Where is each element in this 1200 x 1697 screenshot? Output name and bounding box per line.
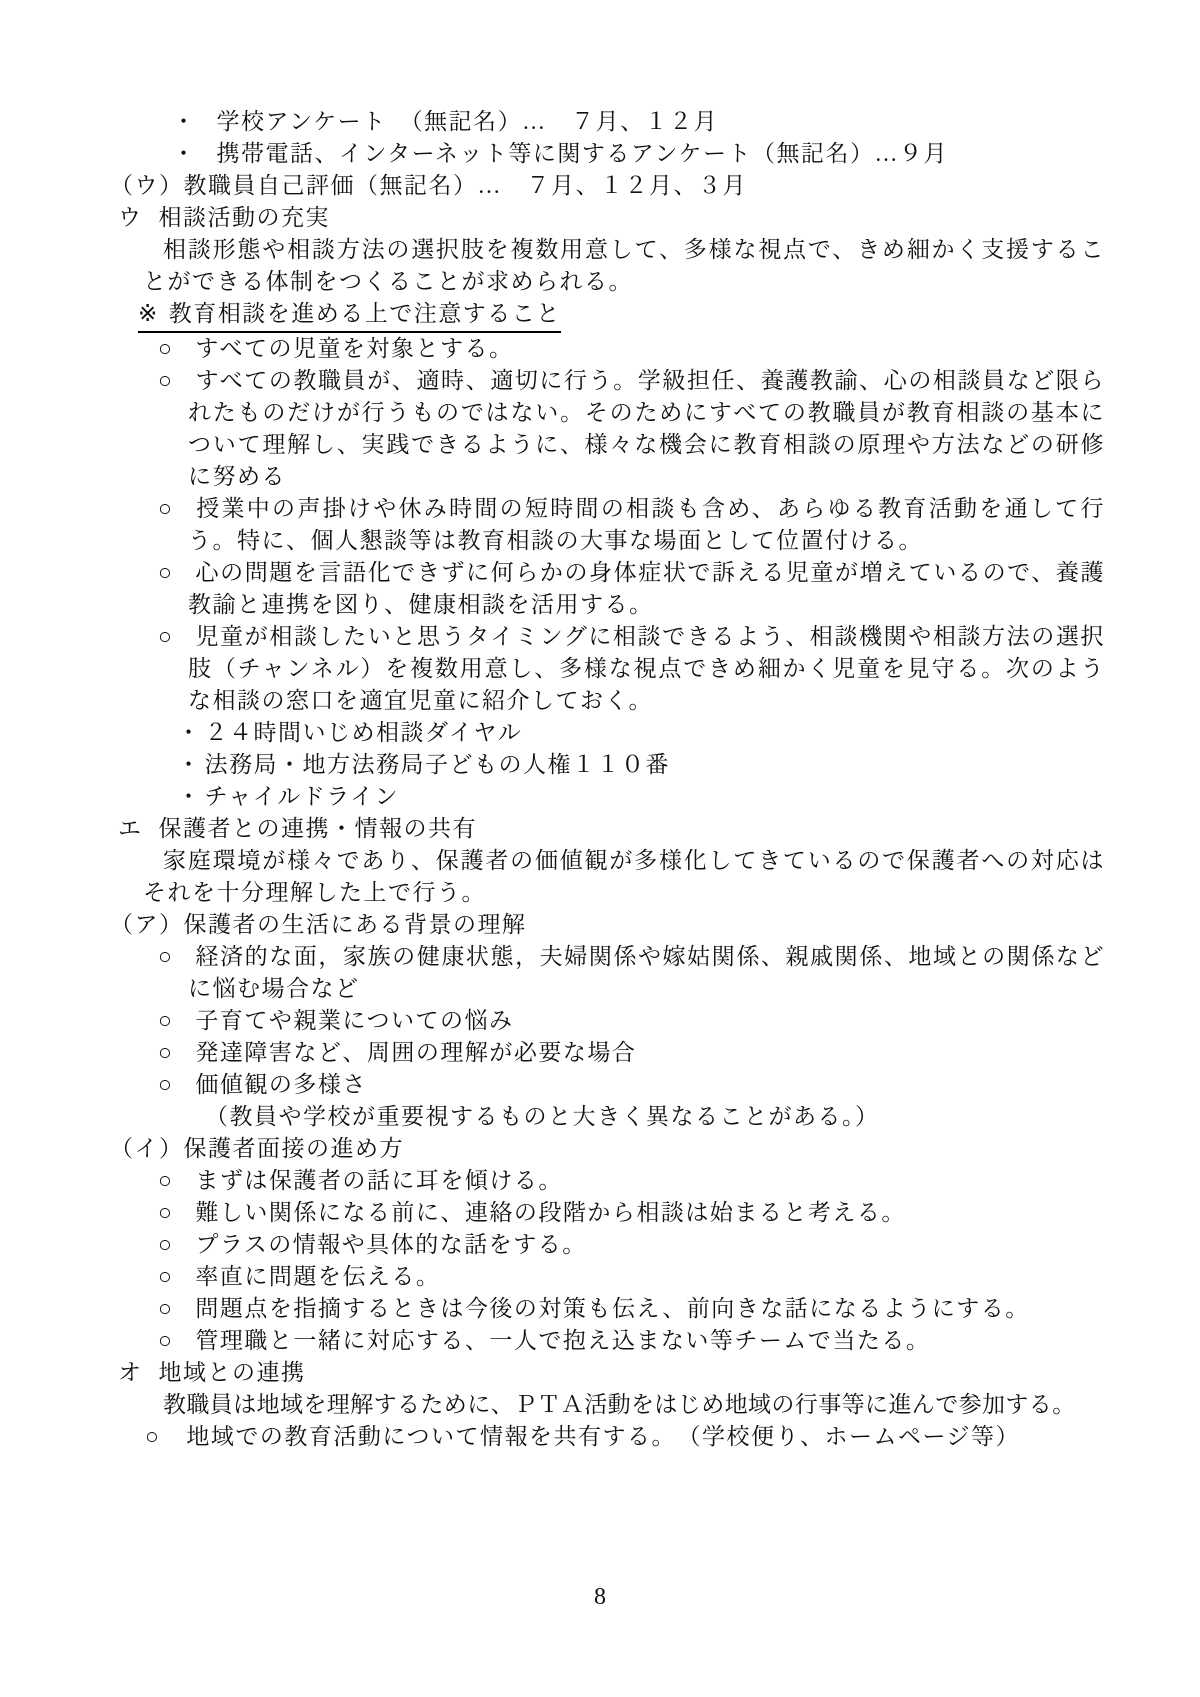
point-item: ○すべての教職員が、適時、適切に行う。学級担任、養護教諭、心の相談員など限られた…	[97, 365, 1105, 493]
survey-bullet-text: 学校アンケート （無記名）… ７月、１２月	[217, 109, 719, 134]
document-page: ・学校アンケート （無記名）… ７月、１２月 ・携帯電話、インターネット等に関す…	[0, 0, 1200, 1697]
point-item: ○管理職と一緒に対応する、一人で抱え込まない等チームで当たる。	[97, 1325, 1105, 1357]
circle-bullet-marker: ○	[158, 1328, 173, 1353]
section-e-title: 保護者との連携・情報の共有	[159, 816, 478, 841]
note-line: ※教育相談を進める上で注意すること	[97, 298, 1105, 333]
circle-bullet-marker: ○	[158, 1072, 173, 1097]
point-text: 率直に問題を伝える。	[195, 1264, 440, 1289]
point-text: 子育てや親業についての悩み	[195, 1008, 513, 1033]
point-item: ○価値観の多様さ	[97, 1069, 1105, 1101]
underlined-note: ※教育相談を進める上で注意すること	[138, 298, 561, 333]
section-u-label: ウ	[118, 205, 143, 230]
point-text: プラスの情報や具体的な話をする。	[195, 1232, 586, 1257]
point-item: ○子育てや親業についての悩み	[97, 1005, 1105, 1037]
sub-a-title: 保護者の生活にある背景の理解	[184, 912, 527, 937]
survey-bullet-text: 携帯電話、インターネット等に関するアンケート（無記名）…９月	[217, 141, 949, 166]
section-u-intro: 相談形態や相談方法の選択肢を複数用意して、多様な視点で、きめ細かく支援することが…	[143, 234, 1105, 298]
point-text: 心の問題を言語化できずに何らかの身体症状で訴える児童が増えているので、養護教諭と…	[188, 560, 1105, 617]
circle-bullet-marker: ○	[158, 1232, 173, 1257]
section-o-label: オ	[118, 1360, 143, 1385]
point-text: 管理職と一緒に対応する、一人で抱え込まない等チームで当たる。	[195, 1328, 930, 1353]
section-u-heading: ウ相談活動の充実	[97, 202, 1105, 234]
section-o-intro: 教職員は地域を理解するために、ＰＴＡ活動をはじめ地域の行事等に進んで参加する。	[143, 1389, 1105, 1421]
circle-bullet-marker: ○	[158, 944, 173, 969]
point-text: 授業中の声掛けや休み時間の短時間の相談も含め、あらゆる教育活動を通して行う。特に…	[188, 496, 1105, 553]
point-text: 発達障害など、周囲の理解が必要な場合	[195, 1040, 636, 1065]
circle-bullet-marker: ○	[158, 496, 174, 521]
reference-mark-icon: ※	[138, 301, 159, 326]
point-item: ○地域での教育活動について情報を共有する。 （学校便り、ホームページ等）	[97, 1421, 1105, 1453]
bullet-dot-marker: ・	[177, 752, 202, 777]
page-number: 8	[0, 1581, 1200, 1613]
circle-bullet-marker: ○	[145, 1424, 160, 1449]
section-o-title: 地域との連携	[159, 1360, 306, 1385]
circle-bullet-marker: ○	[158, 560, 174, 585]
circle-bullet-marker: ○	[158, 624, 174, 649]
sub-i-label: （イ）	[110, 1136, 184, 1161]
survey-bullet-item: ・携帯電話、インターネット等に関するアンケート（無記名）…９月	[97, 138, 1105, 170]
point-item: ○授業中の声掛けや休み時間の短時間の相談も含め、あらゆる教育活動を通して行う。特…	[97, 493, 1105, 557]
point-item: ○プラスの情報や具体的な話をする。	[97, 1229, 1105, 1261]
circle-bullet-marker: ○	[158, 1168, 173, 1193]
hotline-item: ・法務局・地方法務局子どもの人権１１０番	[97, 749, 1105, 781]
circle-bullet-marker: ○	[158, 1264, 173, 1289]
hotline-item: ・２４時間いじめ相談ダイヤル	[97, 717, 1105, 749]
note-text: 教育相談を進める上で注意すること	[169, 301, 561, 326]
point-text: 問題点を指摘するときは今後の対策も伝え、前向きな話になるようにする。	[195, 1296, 1029, 1321]
sub-i-heading: （イ）保護者面接の進め方	[97, 1133, 1105, 1165]
point-text: すべての児童を対象とする。	[195, 336, 513, 361]
point-text: まずは保護者の話に耳を傾ける。	[195, 1168, 563, 1193]
hotline-text: チャイルドライン	[205, 784, 400, 809]
point-text: すべての教職員が、適時、適切に行う。学級担任、養護教諭、心の相談員など限られたも…	[188, 368, 1105, 489]
bullet-dot-marker: ・	[177, 720, 202, 745]
section-u-title: 相談活動の充実	[159, 205, 331, 230]
section-e-label: エ	[118, 816, 143, 841]
point-item: ○まずは保護者の話に耳を傾ける。	[97, 1165, 1105, 1197]
circle-bullet-marker: ○	[158, 1296, 173, 1321]
point-text: 難しい関係になる前に、連絡の段階から相談は始まると考える。	[195, 1200, 906, 1225]
sub-a-label: （ア）	[110, 912, 184, 937]
circle-bullet-marker: ○	[158, 1008, 173, 1033]
point-item: ○問題点を指摘するときは今後の対策も伝え、前向きな話になるようにする。	[97, 1293, 1105, 1325]
point-text: 児童が相談したいと思うタイミングに相談できるよう、相談機関や相談方法の選択肢（チ…	[188, 624, 1105, 713]
circle-bullet-marker: ○	[158, 368, 174, 393]
section-e-intro: 家庭環境が様々であり、保護者の価値観が多様化してきているので保護者への対応はそれ…	[143, 845, 1105, 909]
point-text: 地域での教育活動について情報を共有する。 （学校便り、ホームページ等）	[186, 1424, 1020, 1449]
point-item: ○すべての児童を対象とする。	[97, 333, 1105, 365]
sub-a-heading: （ア）保護者の生活にある背景の理解	[97, 909, 1105, 941]
point-text: 経済的な面，家族の健康状態，夫婦関係や嫁姑関係、親戚関係、地域との関係などに悩む…	[188, 944, 1105, 1001]
point-item: ○経済的な面，家族の健康状態，夫婦関係や嫁姑関係、親戚関係、地域との関係などに悩…	[97, 941, 1105, 1005]
section-e-heading: エ保護者との連携・情報の共有	[97, 813, 1105, 845]
bullet-dot-marker: ・	[172, 141, 197, 166]
bullet-dot-marker: ・	[172, 109, 197, 134]
item-c-heading: （ウ）教職員自己評価（無記名）… ７月、１２月、３月	[97, 170, 1105, 202]
circle-bullet-marker: ○	[158, 1040, 173, 1065]
hotline-text: ２４時間いじめ相談ダイヤル	[205, 720, 523, 745]
bullet-dot-marker: ・	[177, 784, 202, 809]
point-item: ○児童が相談したいと思うタイミングに相談できるよう、相談機関や相談方法の選択肢（…	[97, 621, 1105, 717]
point-item: ○率直に問題を伝える。	[97, 1261, 1105, 1293]
circle-bullet-marker: ○	[158, 1200, 173, 1225]
hotline-item: ・チャイルドライン	[97, 781, 1105, 813]
survey-bullet-item: ・学校アンケート （無記名）… ７月、１２月	[97, 106, 1105, 138]
sub-i-title: 保護者面接の進め方	[184, 1136, 405, 1161]
point-parenthetical-note: （教員や学校が重要視するものと大きく異なることがある。）	[97, 1101, 1105, 1133]
hotline-text: 法務局・地方法務局子どもの人権１１０番	[205, 752, 671, 777]
circle-bullet-marker: ○	[158, 336, 173, 361]
point-item: ○難しい関係になる前に、連絡の段階から相談は始まると考える。	[97, 1197, 1105, 1229]
section-o-heading: オ地域との連携	[97, 1357, 1105, 1389]
point-item: ○発達障害など、周囲の理解が必要な場合	[97, 1037, 1105, 1069]
point-item: ○心の問題を言語化できずに何らかの身体症状で訴える児童が増えているので、養護教諭…	[97, 557, 1105, 621]
item-c-text: （ウ）教職員自己評価（無記名）… ７月、１２月、３月	[110, 173, 747, 198]
point-text: 価値観の多様さ	[195, 1072, 367, 1097]
